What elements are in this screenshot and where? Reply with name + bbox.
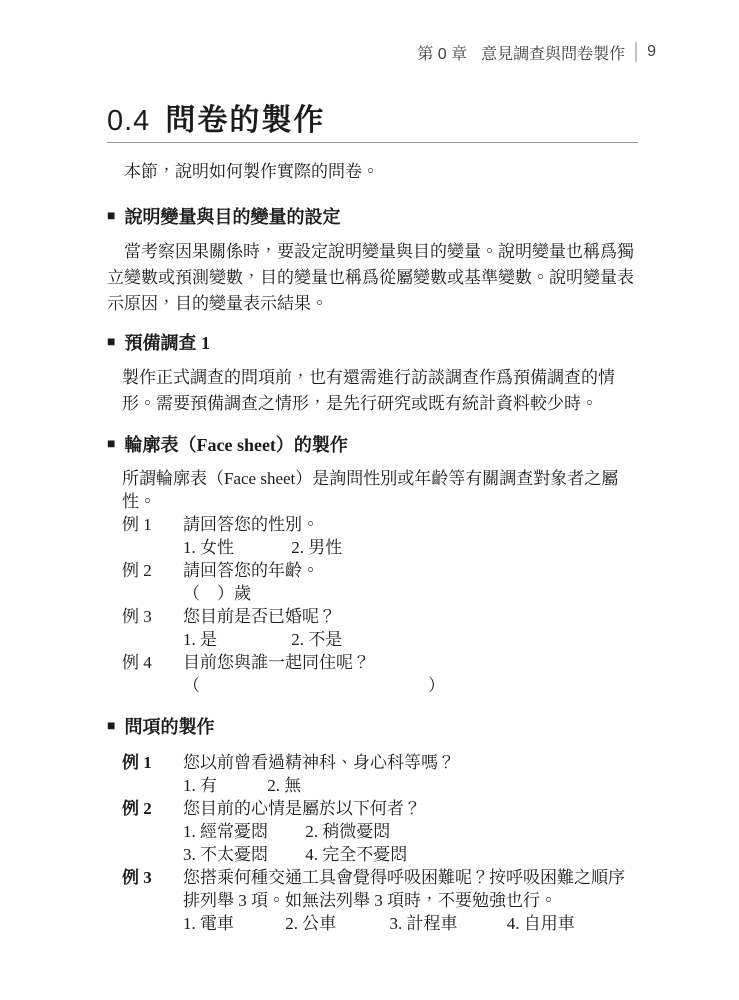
example-row: 例 2 請回答您的年齡。 （ ）歲 xyxy=(122,559,638,605)
face-sheet-paragraph: 所謂輪廓表（Face sheet）是詢問性別或年齡等有關調查對象者之屬性。 xyxy=(107,467,638,513)
example-row: 例 2 您目前的心情是屬於以下何者？ 1. 經常憂悶 2. 稍微憂悶 3. 不太… xyxy=(122,797,638,866)
header-book-title: 意見調查與問卷製作 xyxy=(481,41,625,64)
example-option: 2. 公車 xyxy=(285,912,385,935)
example-option: 2. 不是 xyxy=(291,628,342,651)
example-label: 例 3 xyxy=(122,605,183,651)
example-option: 3. 計程車 xyxy=(390,912,503,935)
example-option: 1. 女性 xyxy=(183,536,287,559)
example-row: 例 1 您以前曾看過精神科、身心科等嗎？ 1. 有 2. 無 xyxy=(122,751,638,797)
example-question: 您搭乘何種交通工具會覺得呼吸困難呢？按呼吸困難之順序排列舉 3 項。如無法列舉 … xyxy=(183,866,638,912)
subsection-heading-text: 問項的製作 xyxy=(124,715,214,739)
running-header: 第 0 章 意見調查與問卷製作 9 xyxy=(107,42,656,62)
example-row: 例 4 目前您與誰一起同住呢？ （） xyxy=(122,651,638,697)
section-title-text: 問卷的製作 xyxy=(165,102,325,140)
example-row: 例 3 您目前是否已婚呢？ 1. 是 2. 不是 xyxy=(122,605,638,651)
example-option: 1. 經常憂悶 xyxy=(183,820,301,843)
example-question: 您目前是否已婚呢？ xyxy=(183,605,638,628)
example-option: 1. 電車 xyxy=(183,912,281,935)
example-option: 1. 是 xyxy=(183,628,287,651)
example-option: 4. 自用車 xyxy=(507,912,575,935)
pre-survey-paragraph: 製作正式調查的問項前，也有還需進行訪談調查作爲預備調查的情形。需要預備調查之情形… xyxy=(107,365,638,417)
page-content: 第 0 章 意見調查與問卷製作 9 0.4 問卷的製作 本節，說明如何製作實際的… xyxy=(107,42,638,935)
subsection-heading-text: 輪廓表（Face sheet）的製作 xyxy=(124,433,347,457)
book-page: 第 0 章 意見調查與問卷製作 9 0.4 問卷的製作 本節，說明如何製作實際的… xyxy=(0,0,739,1000)
variables-paragraph: 當考察因果關係時，要設定說明變量與目的變量。說明變量也稱爲獨立變數或預測變數，目… xyxy=(107,239,638,317)
square-bullet-icon: ■ xyxy=(107,715,115,739)
example-option: 2. 稍微憂悶 xyxy=(305,820,390,843)
example-label: 例 2 xyxy=(122,559,183,605)
example-option: 3. 不太憂悶 xyxy=(183,843,301,866)
example-row: 例 3 您搭乘何種交通工具會覺得呼吸困難呢？按呼吸困難之順序排列舉 3 項。如無… xyxy=(122,866,638,935)
example-option: 2. 男性 xyxy=(291,536,342,559)
chapter-label: 第 0 章 xyxy=(417,41,467,64)
section-number: 0.4 xyxy=(107,102,150,140)
blank-close-paren: ） xyxy=(428,676,445,695)
subsection-heading-pre-survey: ■ 預備調查 1 xyxy=(107,331,638,355)
question-items-examples: 例 1 您以前曾看過精神科、身心科等嗎？ 1. 有 2. 無 例 2 您目前的心… xyxy=(107,751,638,935)
square-bullet-icon: ■ xyxy=(107,205,115,229)
face-sheet-examples: 例 1 請回答您的性別。 1. 女性 2. 男性 例 2 請回答您的年齡。 （ … xyxy=(107,513,638,697)
example-question: 請回答您的年齡。 xyxy=(183,559,638,582)
example-question: 您目前的心情是屬於以下何者？ xyxy=(183,797,638,820)
example-option: 4. 完全不憂悶 xyxy=(305,843,407,866)
subsection-heading-text: 說明變量與目的變量的設定 xyxy=(124,205,340,229)
answer-blank: （ ）歲 xyxy=(183,582,638,605)
subsection-heading-face-sheet: ■ 輪廓表（Face sheet）的製作 xyxy=(107,433,638,457)
subsection-heading-variables: ■ 說明變量與目的變量的設定 xyxy=(107,205,638,229)
example-label: 例 3 xyxy=(122,866,183,935)
example-question: 請回答您的性別。 xyxy=(183,513,638,536)
subsection-heading-question-items: ■ 問項的製作 xyxy=(107,715,638,739)
example-option: 1. 有 xyxy=(183,774,263,797)
example-label: 例 2 xyxy=(122,797,183,866)
example-row: 例 1 請回答您的性別。 1. 女性 2. 男性 xyxy=(122,513,638,559)
example-question: 您以前曾看過精神科、身心科等嗎？ xyxy=(183,751,638,774)
subsection-heading-text: 預備調查 1 xyxy=(124,331,210,355)
page-number: 9 xyxy=(647,43,656,61)
square-bullet-icon: ■ xyxy=(107,331,115,355)
example-option: 2. 無 xyxy=(267,774,301,797)
example-label: 例 1 xyxy=(122,751,183,797)
example-label: 例 1 xyxy=(122,513,183,559)
answer-blank: （） xyxy=(183,674,638,697)
example-question: 目前您與誰一起同住呢？ xyxy=(183,651,638,674)
section-title: 0.4 問卷的製作 xyxy=(107,102,638,140)
title-rule xyxy=(107,142,638,143)
header-divider xyxy=(635,42,637,62)
intro-paragraph: 本節，說明如何製作實際的問卷。 xyxy=(107,159,638,185)
blank-open-paren: （ xyxy=(183,676,200,695)
square-bullet-icon: ■ xyxy=(107,433,115,457)
example-label: 例 4 xyxy=(122,651,183,697)
